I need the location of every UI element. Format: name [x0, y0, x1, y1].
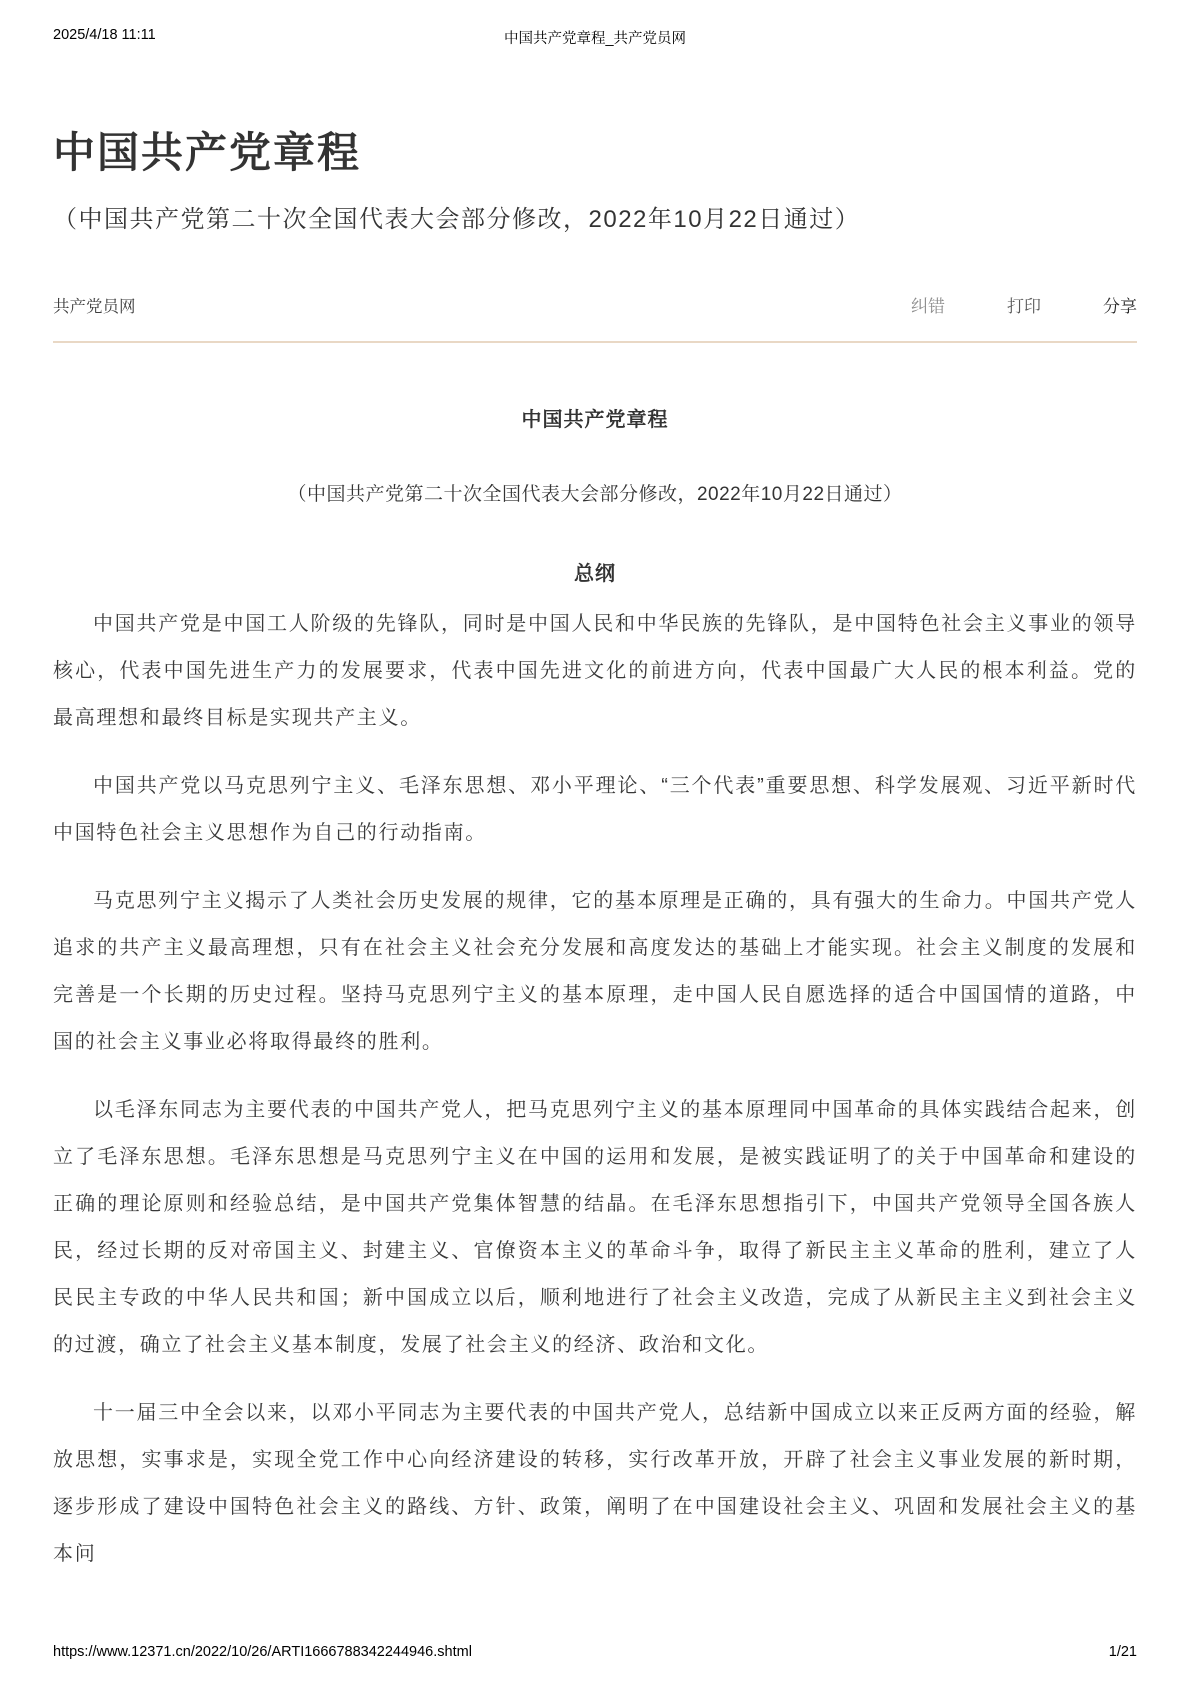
article-actions: 纠错 打印 分享 — [911, 292, 1137, 317]
divider — [53, 341, 1137, 343]
print-url: https://www.12371.cn/2022/10/26/ARTI1666… — [53, 1644, 472, 1660]
share-link[interactable]: 分享 — [1103, 292, 1137, 317]
section-title: 总纲 — [53, 557, 1137, 586]
print-footer: https://www.12371.cn/2022/10/26/ARTI1666… — [53, 1644, 1137, 1660]
source-link[interactable]: 共产党员网 — [53, 293, 136, 317]
body-paragraph: 十一届三中全会以来，以邓小平同志为主要代表的中国共产党人，总结新中国成立以来正反… — [53, 1390, 1137, 1578]
print-page-title: 中国共产党章程_共产党员网 — [504, 27, 686, 48]
body-heading: 中国共产党章程 — [53, 403, 1137, 432]
print-datetime: 2025/4/18 11:11 — [53, 27, 156, 43]
article-title: 中国共产党章程 — [53, 128, 1137, 178]
body-subheading: （中国共产党第二十次全国代表大会部分修改，2022年10月22日通过） — [53, 479, 1137, 506]
body-paragraph: 以毛泽东同志为主要代表的中国共产党人，把马克思列宁主义的基本原理同中国革命的具体… — [53, 1087, 1137, 1369]
article-subtitle: （中国共产党第二十次全国代表大会部分修改，2022年10月22日通过） — [53, 204, 1137, 235]
print-link[interactable]: 打印 — [1007, 292, 1041, 317]
body-paragraph: 马克思列宁主义揭示了人类社会历史发展的规律，它的基本原理是正确的，具有强大的生命… — [53, 878, 1137, 1066]
print-header: 2025/4/18 11:11 中国共产党章程_共产党员网 — [53, 27, 1137, 47]
page-indicator: 1/21 — [1109, 1644, 1137, 1660]
article-paragraphs: 中国共产党是中国工人阶级的先锋队，同时是中国人民和中华民族的先锋队，是中国特色社… — [53, 601, 1137, 1578]
body-paragraph: 中国共产党以马克思列宁主义、毛泽东思想、邓小平理论、“三个代表”重要思想、科学发… — [53, 763, 1137, 857]
correction-link[interactable]: 纠错 — [911, 292, 945, 317]
article-meta-row: 共产党员网 纠错 打印 分享 — [53, 292, 1137, 317]
article-page: 中国共产党章程 （中国共产党第二十次全国代表大会部分修改，2022年10月22日… — [0, 0, 1190, 1578]
body-paragraph: 中国共产党是中国工人阶级的先锋队，同时是中国人民和中华民族的先锋队，是中国特色社… — [53, 601, 1137, 742]
